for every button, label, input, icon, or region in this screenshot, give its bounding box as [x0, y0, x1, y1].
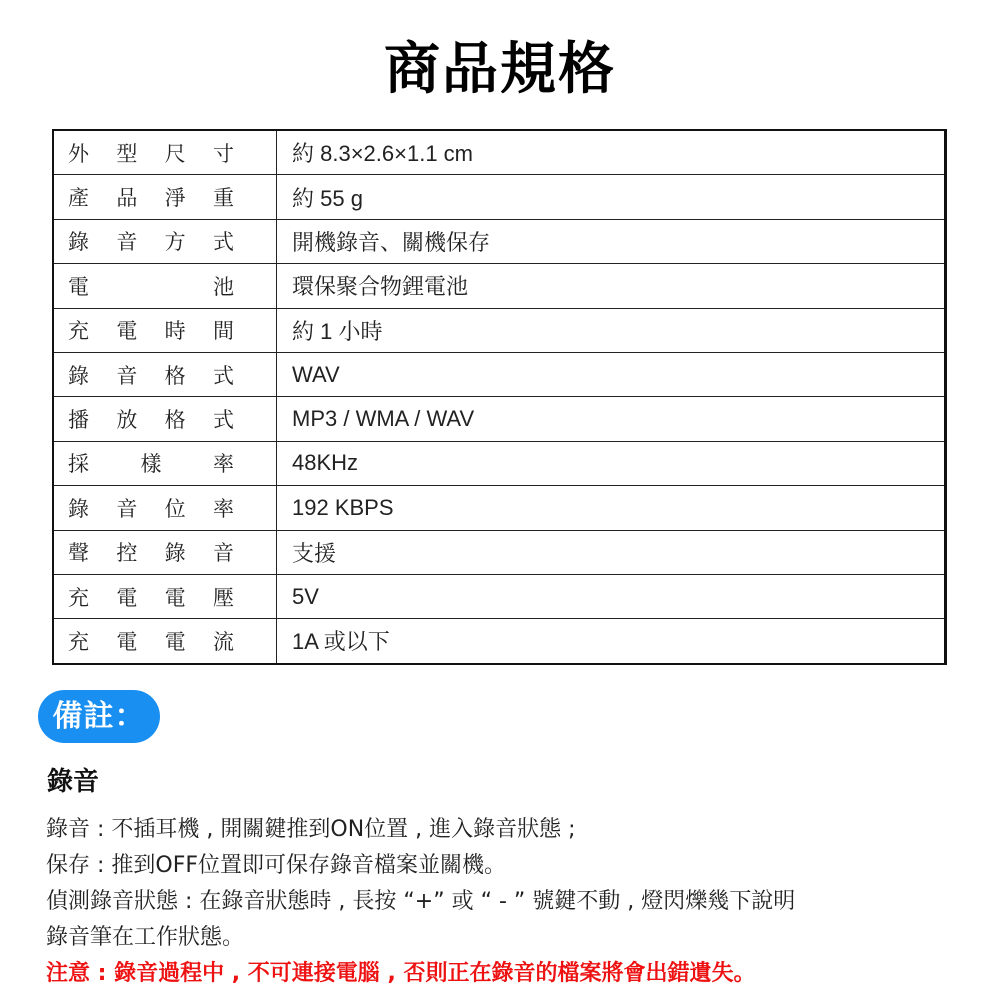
- label-char: 式: [213, 360, 234, 390]
- spec-value: 約 1 小時: [277, 308, 946, 352]
- label-char: 電: [68, 271, 89, 301]
- table-row: 採 樣 率 48KHz: [53, 441, 946, 485]
- label-char: 池: [213, 271, 234, 301]
- label-char: 電: [165, 582, 186, 612]
- label-char: 充: [68, 582, 89, 612]
- label-char: 格: [165, 360, 186, 390]
- spec-value: 支援: [277, 530, 946, 574]
- spec-value: 1A 或以下: [277, 619, 946, 664]
- label-char: 電: [165, 626, 186, 656]
- notes-body: 錄音 : 不插耳機 , 開關鍵推到ON位置 , 進入錄音狀態 ; 保存 : 推到…: [46, 812, 976, 992]
- spec-label: 外 型 尺 寸: [53, 130, 277, 175]
- spec-label: 充 電 電 壓: [53, 574, 277, 618]
- label-char: 音: [116, 493, 137, 523]
- table-row: 錄 音 位 率 192 KBPS: [53, 486, 946, 530]
- spec-value: WAV: [277, 352, 946, 396]
- label-char: 錄: [68, 360, 89, 390]
- spec-label: 電 池: [53, 264, 277, 308]
- label-char: 尺: [165, 138, 186, 168]
- label-char: 淨: [165, 182, 186, 212]
- spec-value: 5V: [277, 574, 946, 618]
- table-row: 充 電 時 間 約 1 小時: [53, 308, 946, 352]
- label-char: 錄: [68, 226, 89, 256]
- label-char: 式: [213, 226, 234, 256]
- spec-value: 192 KBPS: [277, 486, 946, 530]
- spec-label: 聲 控 錄 音: [53, 530, 277, 574]
- table-row: 外 型 尺 寸 約 8.3×2.6×1.1 cm: [53, 130, 946, 175]
- spec-label: 充 電 電 流: [53, 619, 277, 664]
- label-char: 產: [68, 182, 89, 212]
- label-char: 充: [68, 626, 89, 656]
- label-char: 間: [213, 315, 234, 345]
- label-char: 放: [116, 404, 137, 434]
- table-row: 充 電 電 壓 5V: [53, 574, 946, 618]
- note-line: 偵測錄音狀態 : 在錄音狀態時 , 長按 “+” 或 “ - ” 號鍵不動 , …: [46, 884, 976, 920]
- spec-label: 充 電 時 間: [53, 308, 277, 352]
- spec-value: 約 8.3×2.6×1.1 cm: [277, 130, 946, 175]
- label-char: 控: [116, 537, 137, 567]
- table-row: 電 池 環保聚合物鋰電池: [53, 264, 946, 308]
- table-row: 錄 音 格 式 WAV: [53, 352, 946, 396]
- label-char: 音: [116, 226, 137, 256]
- spec-value: 開機錄音、關機保存: [277, 219, 946, 263]
- spec-label: 採 樣 率: [53, 441, 277, 485]
- label-char: 式: [213, 404, 234, 434]
- label-char: 播: [68, 404, 89, 434]
- label-char: 電: [116, 315, 137, 345]
- spec-label: 錄 音 位 率: [53, 486, 277, 530]
- spec-label: 錄 音 方 式: [53, 219, 277, 263]
- label-char: 音: [213, 537, 234, 567]
- table-row: 聲 控 錄 音 支援: [53, 530, 946, 574]
- table-row: 產 品 淨 重 約 55 g: [53, 175, 946, 219]
- table-row: 播 放 格 式 MP3 / WMA / WAV: [53, 397, 946, 441]
- warning-text: 注意 : 錄音過程中 , 不可連接電腦 , 否則正在錄音的檔案將會出錯遺失。: [46, 956, 976, 992]
- spec-value: MP3 / WMA / WAV: [277, 397, 946, 441]
- spec-table: 外 型 尺 寸 約 8.3×2.6×1.1 cm 產 品 淨 重 約 55 g …: [52, 129, 947, 665]
- notes-badge: 備註：: [38, 690, 160, 743]
- table-row: 充 電 電 流 1A 或以下: [53, 619, 946, 664]
- label-char: 重: [213, 182, 234, 212]
- table-row: 錄 音 方 式 開機錄音、關機保存: [53, 219, 946, 263]
- label-char: 格: [165, 404, 186, 434]
- label-char: 採: [68, 448, 89, 478]
- section-heading-recording: 錄音: [47, 762, 99, 802]
- label-char: 電: [116, 626, 137, 656]
- spec-value: 環保聚合物鋰電池: [277, 264, 946, 308]
- label-char: 壓: [213, 582, 234, 612]
- label-char: 寸: [213, 138, 234, 168]
- label-char: 充: [68, 315, 89, 345]
- label-char: 外: [68, 138, 89, 168]
- note-line: 保存 : 推到OFF位置即可保存錄音檔案並關機。: [46, 848, 976, 884]
- label-char: 聲: [68, 537, 89, 567]
- label-char: 時: [165, 315, 186, 345]
- label-char: 音: [116, 360, 137, 390]
- label-char: 型: [116, 138, 137, 168]
- page-title: 商品規格: [0, 30, 1000, 110]
- note-line: 錄音筆在工作狀態。: [46, 920, 976, 956]
- label-char: 流: [213, 626, 234, 656]
- label-char: 樣: [141, 448, 162, 478]
- label-char: 品: [116, 182, 137, 212]
- label-char: 方: [165, 226, 186, 256]
- label-char: 位: [165, 493, 186, 523]
- spec-label: 產 品 淨 重: [53, 175, 277, 219]
- label-char: 錄: [165, 537, 186, 567]
- note-line: 錄音 : 不插耳機 , 開關鍵推到ON位置 , 進入錄音狀態 ;: [46, 812, 976, 848]
- spec-value: 48KHz: [277, 441, 946, 485]
- label-char: 率: [213, 493, 234, 523]
- label-char: 錄: [68, 493, 89, 523]
- spec-label: 播 放 格 式: [53, 397, 277, 441]
- label-char: 率: [213, 448, 234, 478]
- spec-value: 約 55 g: [277, 175, 946, 219]
- spec-label: 錄 音 格 式: [53, 352, 277, 396]
- label-char: 電: [116, 582, 137, 612]
